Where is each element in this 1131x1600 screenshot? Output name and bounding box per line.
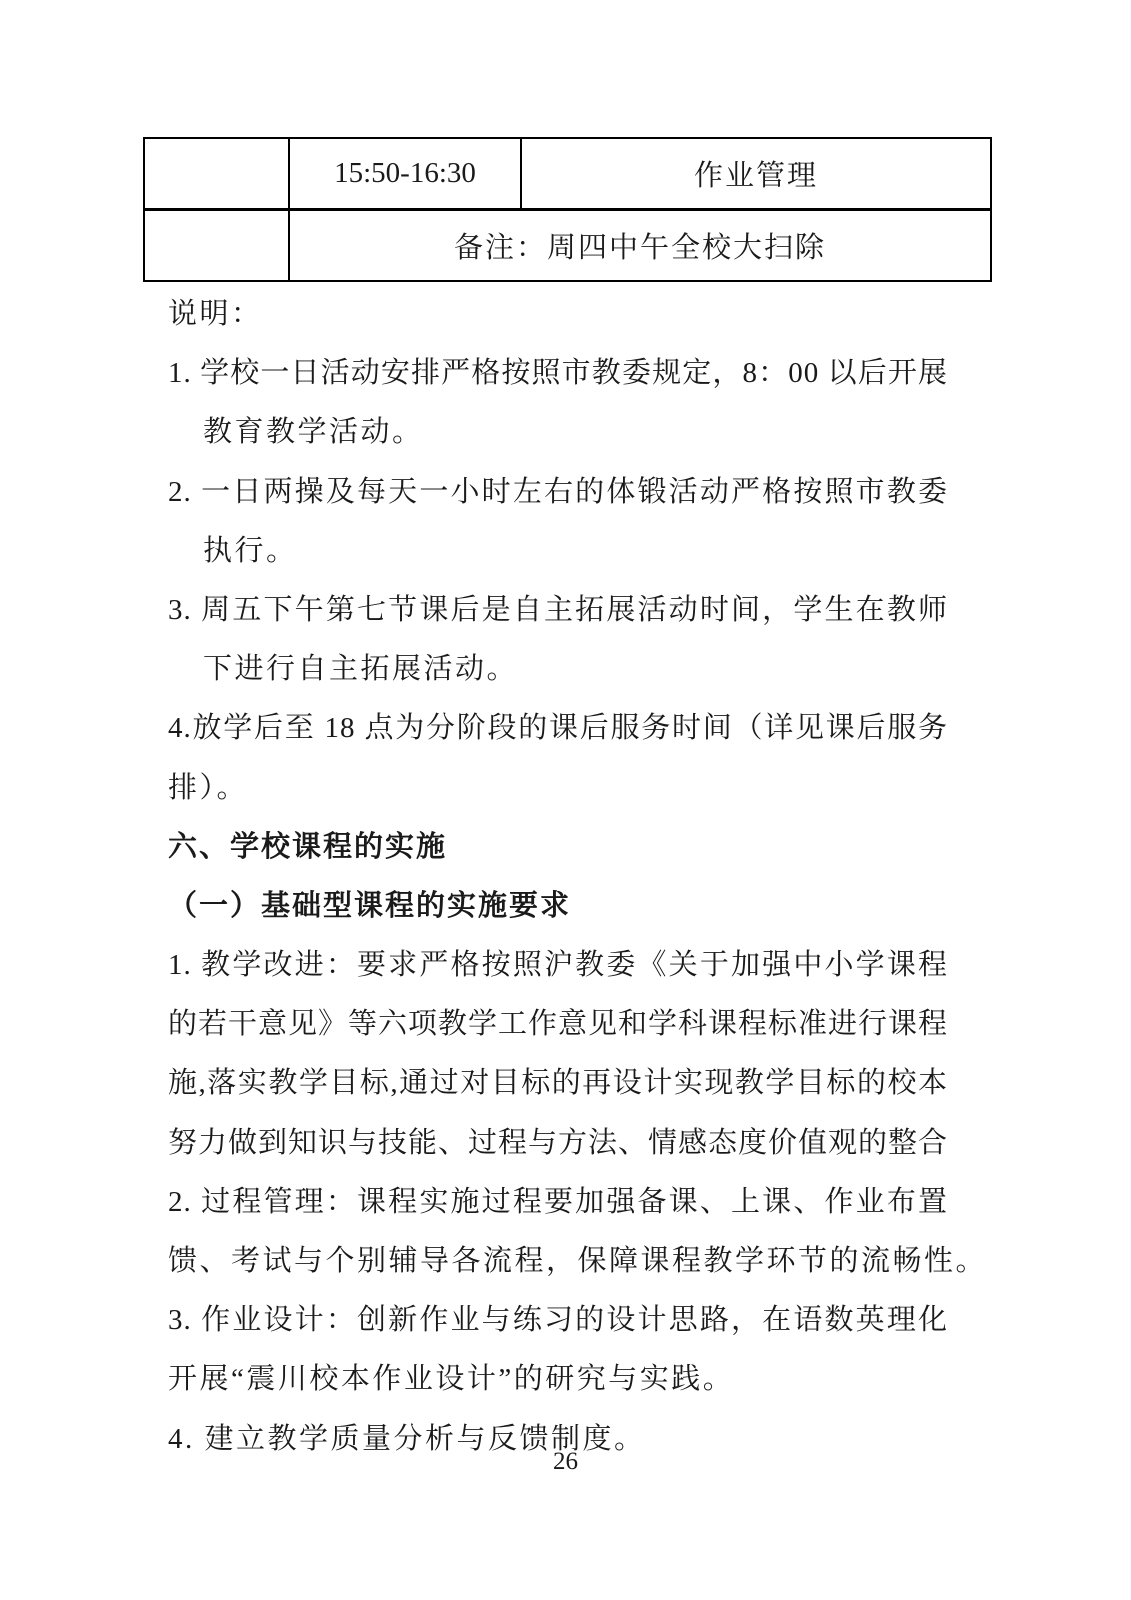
section6-para1-line1: 1. 教学改进：要求严格按照沪教委《关于加强中小学课程管理 xyxy=(168,936,948,995)
table-row-note: 备注：周四中午全校大扫除 xyxy=(145,211,990,280)
section6-sub1-heading: （一）基础型课程的实施要求 xyxy=(168,877,948,936)
section6-para1-line3: 施,落实教学目标,通过对目标的再设计实现教学目标的校本化。 xyxy=(168,1054,948,1113)
section6-para2-line1: 2. 过程管理：课程实施过程要加强备课、上课、作业布置与反 xyxy=(168,1173,948,1232)
table-cell-time: 15:50-16:30 xyxy=(290,139,522,208)
page-number: 26 xyxy=(0,1448,1131,1476)
notes-item3-line2: 下进行自主拓展活动。 xyxy=(168,640,948,699)
notes-item4-line2: 排）。 xyxy=(168,759,948,818)
notes-item4-line1: 4.放学后至 18 点为分阶段的课后服务时间（详见课后服务安 xyxy=(168,699,948,758)
notes-item2-line2: 执行。 xyxy=(168,522,948,581)
table-row-time: 15:50-16:30 作业管理 xyxy=(145,139,990,211)
table-cell-note: 备注：周四中午全校大扫除 xyxy=(290,211,990,280)
notes-item2-line1: 2. 一日两操及每天一小时左右的体锻活动严格按照市教委规定 xyxy=(168,463,948,522)
section6-para3-line2: 开展“震川校本作业设计”的研究与实践。 xyxy=(168,1350,948,1409)
notes-item1-line1: 1. 学校一日活动安排严格按照市教委规定，8：00 以后开展集体 xyxy=(168,344,948,403)
table-cell-period-empty xyxy=(145,139,290,208)
table-cell-activity: 作业管理 xyxy=(522,139,990,208)
section6-heading: 六、学校课程的实施 xyxy=(168,818,948,877)
document-body: 说明： 1. 学校一日活动安排严格按照市教委规定，8：00 以后开展集体 教育教… xyxy=(168,285,948,1469)
section6-para1-line4: 努力做到知识与技能、过程与方法、情感态度价值观的整合实施。 xyxy=(168,1114,948,1173)
schedule-table: 15:50-16:30 作业管理 备注：周四中午全校大扫除 xyxy=(143,137,992,282)
notes-label: 说明： xyxy=(168,285,948,344)
notes-item1-line2: 教育教学活动。 xyxy=(168,403,948,462)
section6-para2-line2: 馈、考试与个别辅导各流程，保障课程教学环节的流畅性。 xyxy=(168,1232,948,1291)
notes-item3-line1: 3. 周五下午第七节课后是自主拓展活动时间，学生在教师指导 xyxy=(168,581,948,640)
section6-para1-line2: 的若干意见》等六项教学工作意见和学科课程标准进行课程实 xyxy=(168,995,948,1054)
table-cell-period-empty xyxy=(145,211,290,280)
section6-para3-line1: 3. 作业设计：创新作业与练习的设计思路，在语数英理化五科 xyxy=(168,1291,948,1350)
document-page: 15:50-16:30 作业管理 备注：周四中午全校大扫除 说明： 1. 学校一… xyxy=(0,0,1131,1600)
